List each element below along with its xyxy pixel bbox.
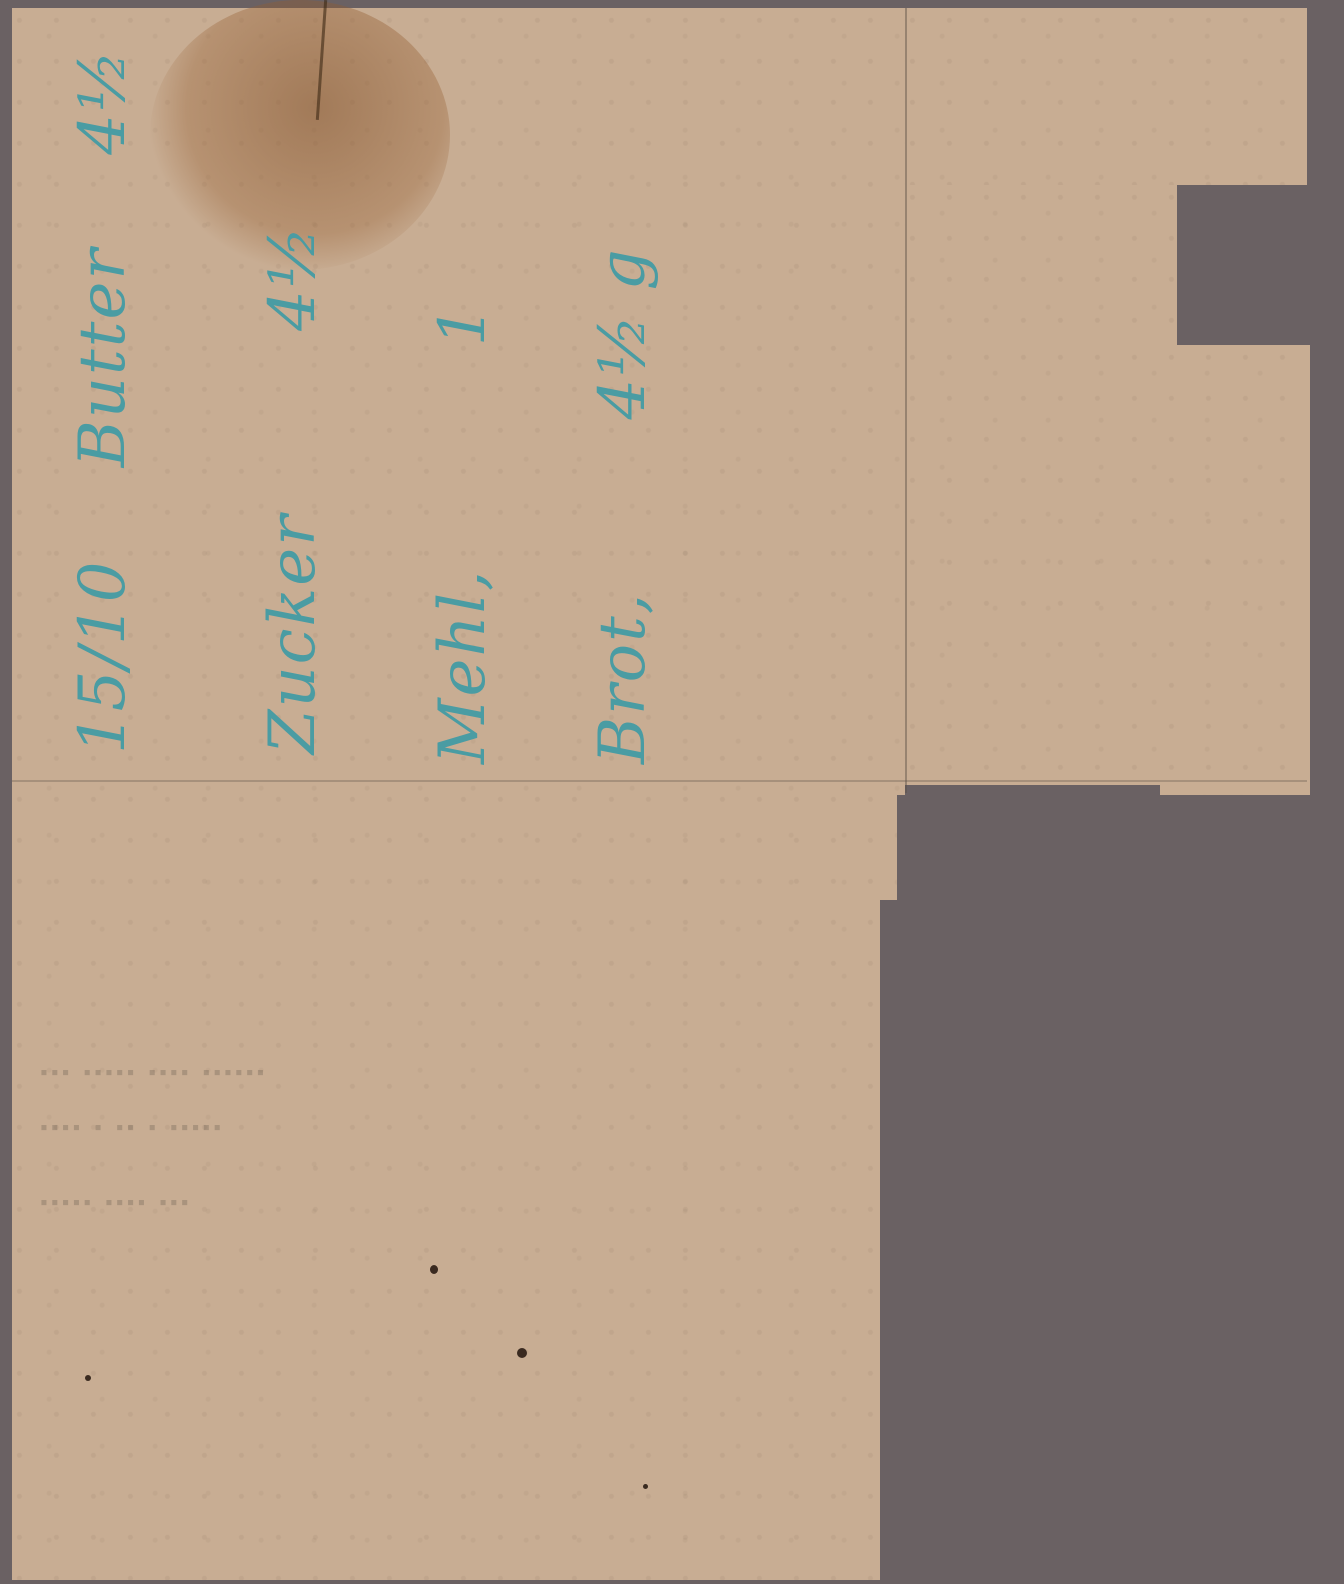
background-cutout [897,795,1344,1584]
entry-item: Mehl, [426,569,500,764]
torn-edge [880,900,900,1584]
handwritten-line-3: Mehl, 1 [426,234,500,765]
ink-speck [517,1348,527,1358]
bleed-through-print: ▪▪▪ ▪▪▪▪▪ ▪▪▪▪ ▪▪▪▪▪▪ [40,1065,267,1080]
entry-amount: 4½ [256,224,330,331]
handwritten-line-4: Brot, 4½ g [586,177,660,764]
entry-date: 15/10 [66,560,140,754]
bleed-through-print: ▪▪▪▪ ▪ ▪▪ ▪ ▪▪▪▪▪ [40,1120,224,1135]
entry-item: Zucker [256,513,330,754]
entry-amount: 4½ g [586,247,660,419]
paper-tab-mid [905,185,1177,345]
ink-speck [643,1484,648,1489]
entry-amount: 1 [426,304,500,347]
ink-speck [85,1375,91,1381]
entry-amount: 4½ [66,48,140,155]
ink-speck [430,1265,438,1274]
paper-tab-low [905,345,1310,785]
bleed-through-print: ▪▪▪▪▪ ▪▪▪▪ ▪▪▪ [40,1195,192,1210]
handwritten-line-1: 15/10 Butter 4½ [66,0,140,754]
vertical-fold-line [905,8,907,793]
horizontal-fold-line [12,780,1307,782]
entry-item: Brot, [586,592,660,764]
handwritten-line-2: Zucker 4½ [256,154,330,754]
paper-tab-top [905,8,1307,185]
entry-item: Butter [66,247,140,467]
